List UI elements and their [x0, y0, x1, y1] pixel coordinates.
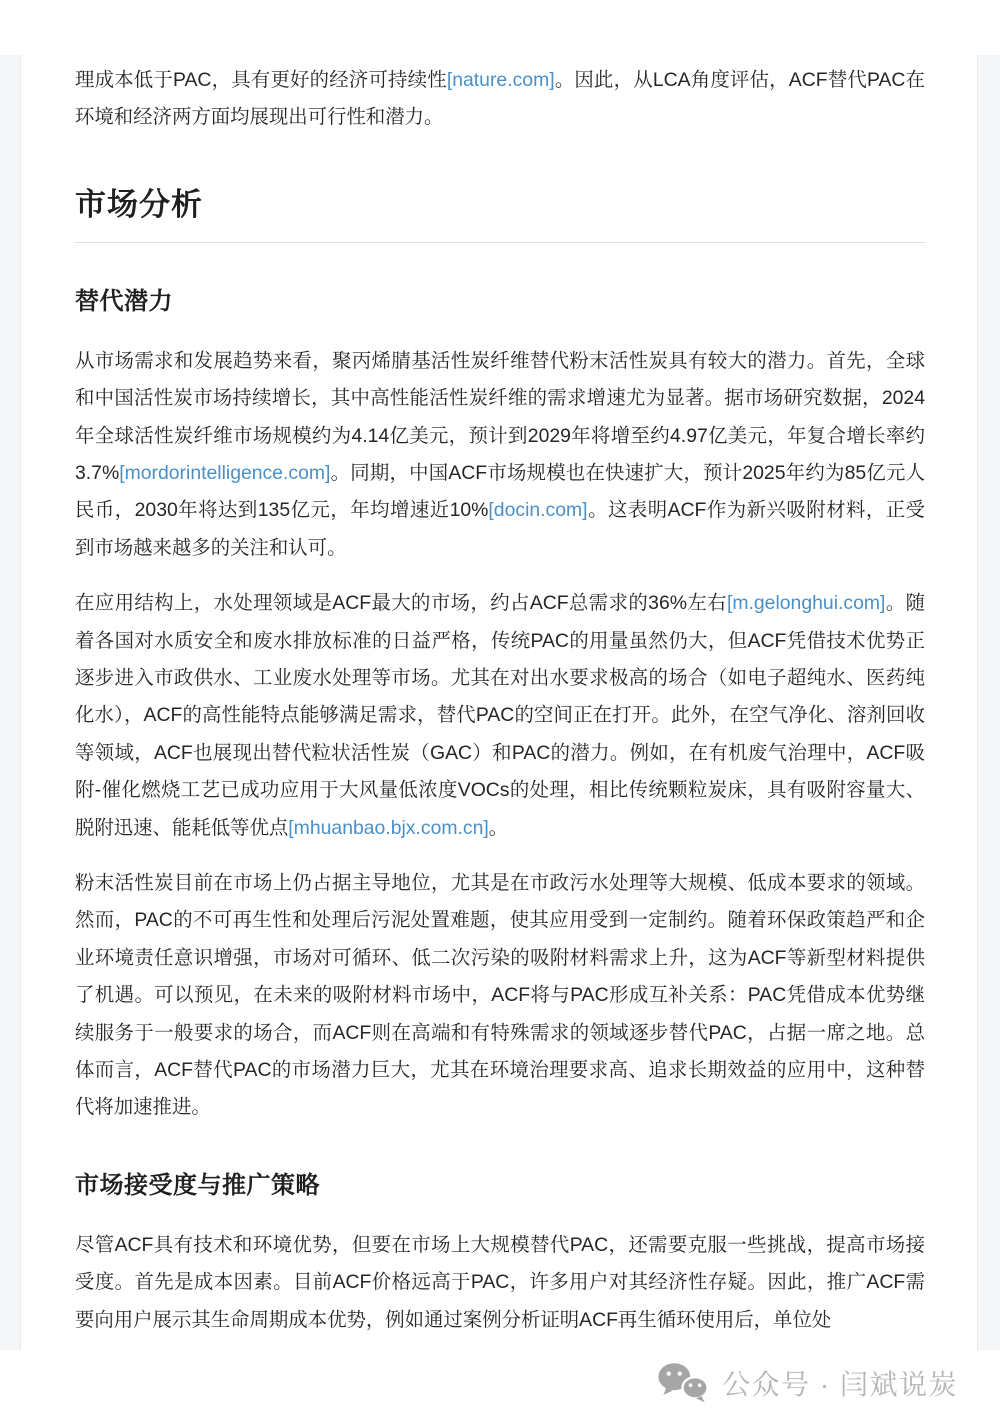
- watermark: 公众号 · 闫斌说炭: [0, 1350, 1000, 1415]
- citation-link[interactable]: [mhuanbao.bjx.com.cn]: [288, 817, 488, 839]
- paragraph: 尽管ACF具有技术和环境优势，但要在市场上大规模替代PAC，还需要克服一些挑战，…: [75, 1227, 925, 1339]
- citation-link[interactable]: [mordorintelligence.com]: [119, 462, 330, 484]
- paragraph-text: 在应用结构上，水处理领域是ACF最大的市场，约占ACF总需求的36%左右: [75, 592, 727, 614]
- section-heading: 市场接受度与推广策略: [75, 1170, 925, 1201]
- citation-link[interactable]: [docin.com]: [488, 499, 587, 521]
- paragraph-text: 尽管ACF具有技术和环境优势，但要在市场上大规模替代PAC，还需要克服一些挑战，…: [75, 1234, 925, 1331]
- watermark-text: 公众号 · 闫斌说炭: [722, 1363, 958, 1403]
- wechat-icon: [656, 1361, 710, 1404]
- citation-link[interactable]: [m.gelonghui.com]: [727, 592, 885, 614]
- paragraph-text: 。随着各国对水质安全和废水排放标准的日益严格，传统PAC的用量虽然仍大，但ACF…: [75, 592, 925, 838]
- paragraph: 在应用结构上，水处理领域是ACF最大的市场，约占ACF总需求的36%左右[m.g…: [75, 585, 925, 847]
- page: 理成本低于PAC，具有更好的经济可持续性[nature.com]。因此，从LCA…: [0, 0, 1000, 1415]
- article-card: 理成本低于PAC，具有更好的经济可持续性[nature.com]。因此，从LCA…: [21, 55, 977, 1350]
- intro-paragraph: 理成本低于PAC，具有更好的经济可持续性[nature.com]。因此，从LCA…: [75, 62, 925, 137]
- paragraph: 粉末活性炭目前在市场上仍占据主导地位，尤其是在市政污水处理等大规模、低成本要求的…: [75, 865, 925, 1127]
- page-gutter-left: [0, 55, 21, 1350]
- paragraph-text: 。: [489, 817, 508, 839]
- paragraph: 从市场需求和发展趋势来看，聚丙烯腈基活性炭纤维替代粉末活性炭具有较大的潜力。首先…: [75, 343, 925, 567]
- paragraph-text: 粉末活性炭目前在市场上仍占据主导地位，尤其是在市政污水处理等大规模、低成本要求的…: [75, 872, 925, 1118]
- main-heading: 市场分析: [75, 186, 925, 243]
- citation-link[interactable]: [nature.com]: [447, 69, 555, 91]
- paragraph-text: 理成本低于PAC，具有更好的经济可持续性: [75, 69, 447, 91]
- section-heading: 替代潜力: [75, 286, 925, 317]
- article-sections: 替代潜力从市场需求和发展趋势来看，聚丙烯腈基活性炭纤维替代粉末活性炭具有较大的潜…: [75, 286, 925, 1340]
- page-gutter-right: [977, 55, 1000, 1350]
